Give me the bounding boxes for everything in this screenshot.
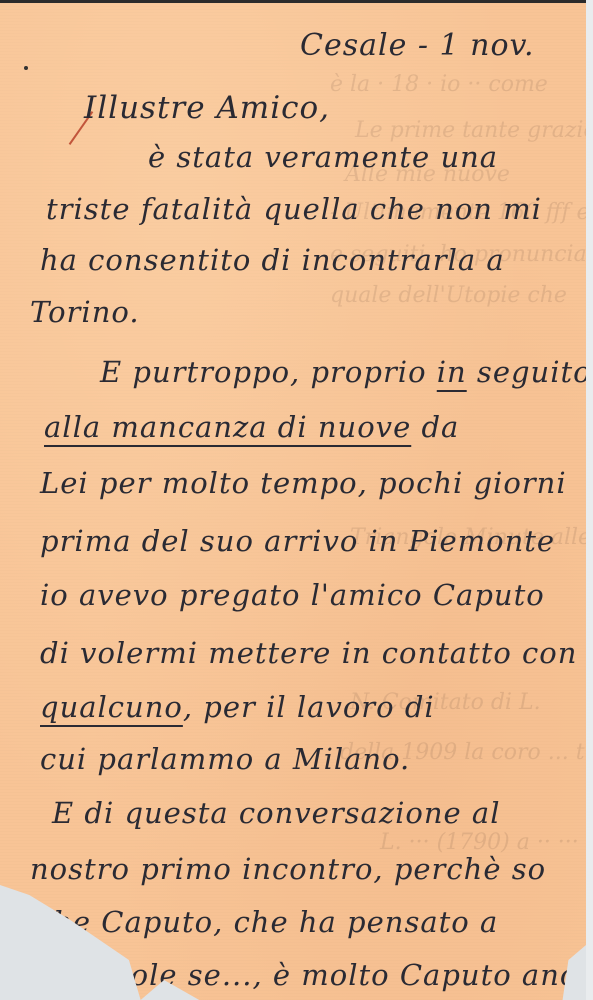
scan-right-margin — [586, 0, 593, 1000]
letter-line-torn: ...ole se..., è molto Caputo anche " — [100, 958, 593, 992]
underlined-text: qualcuno — [40, 690, 183, 724]
letter-line: triste fatalità quella che non mi — [46, 192, 542, 226]
text-segment: da — [411, 410, 459, 444]
letter-salutation: Illustre Amico, — [84, 90, 330, 126]
letter-line: che Caputo, che ha pensato a — [36, 905, 498, 939]
scan-top-edge — [0, 0, 593, 3]
letter-line: E di questa conversazione al — [52, 796, 501, 830]
letter-paper: è la · 18 · io ·· come Le prime tante gr… — [0, 0, 586, 1000]
letter-line: Torino. — [30, 295, 140, 329]
text-segment: seguito — [467, 355, 592, 389]
letter-line: cui parlammo a Milano. — [40, 742, 410, 776]
letter-line: è stata veramente una — [148, 140, 498, 174]
letter-line: io avevo pregato l'amico Caputo — [40, 578, 545, 612]
underlined-text: alla mancanza di nuove — [44, 410, 411, 444]
text-segment: , per il lavoro di — [183, 690, 435, 724]
letter-line: qualcuno, per il lavoro di — [40, 690, 435, 724]
letter-line: prima del suo arrivo in Piemonte — [40, 524, 555, 558]
bleed-through-text: è la · 18 · io ·· come — [330, 72, 548, 97]
underlined-text: in — [437, 355, 467, 389]
letter-line: E purtroppo, proprio in seguito — [100, 355, 592, 389]
letter-dateline: Cesale - 1 nov. — [300, 28, 534, 63]
bleed-through-text: quale dell'Utopie che — [330, 283, 567, 308]
letter-line: Lei per molto tempo, pochi giorni — [40, 466, 567, 500]
ink-dot — [24, 66, 28, 70]
letter-line: nostro primo incontro, perchè so — [30, 852, 546, 886]
text-segment: E purtroppo, proprio — [100, 355, 437, 389]
letter-line: alla mancanza di nuove da — [44, 410, 459, 444]
letter-line: di volermi mettere in contatto con — [40, 636, 577, 670]
letter-line: ha consentito di incontrarla a — [40, 243, 505, 277]
